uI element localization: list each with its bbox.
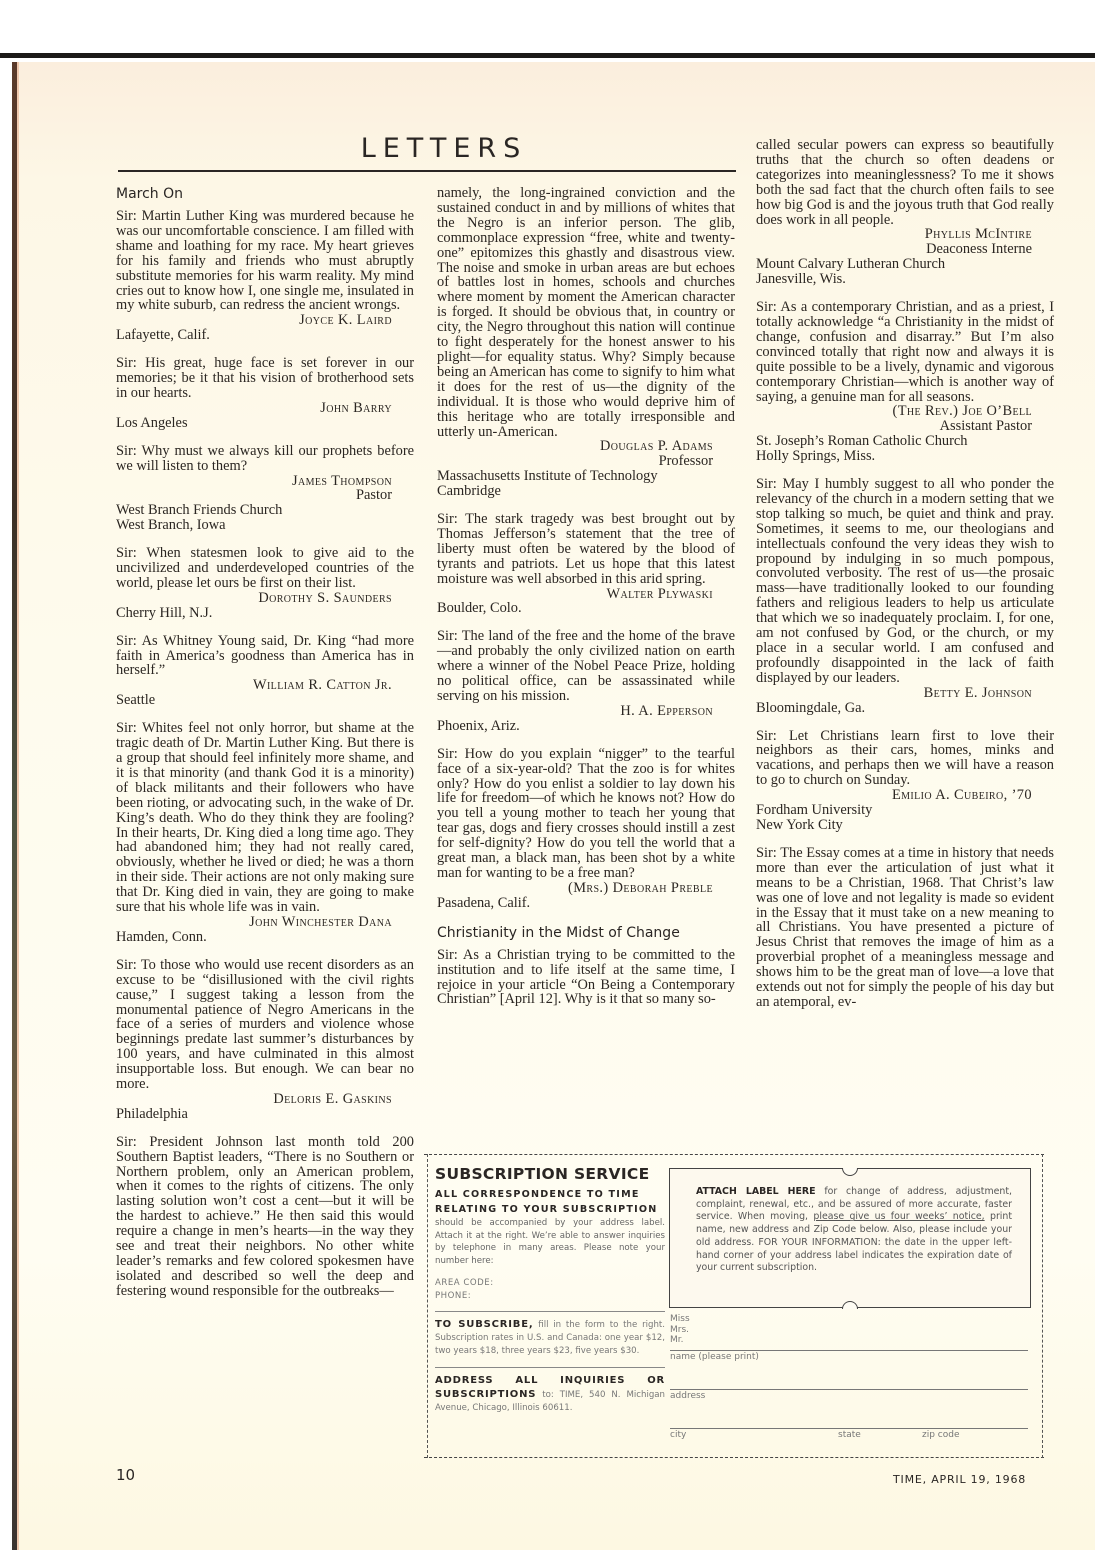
letter-signature: Emilio A. Cubeiro, ’70 — [756, 788, 1054, 803]
cut-line — [424, 1154, 1044, 1155]
section-masthead: LETTERS — [118, 134, 736, 172]
letter-place: Boulder, Colo. — [437, 601, 735, 616]
area-code-field[interactable]: AREA CODE: — [435, 1277, 665, 1290]
letter-signature: Deloris E. Gaskins — [116, 1092, 414, 1107]
address-form: Miss Mrs. Mr. name (please print) addres… — [670, 1314, 1028, 1441]
honorific-miss[interactable]: Miss — [670, 1314, 1028, 1325]
letter-body: Sir: His great, huge face is set forever… — [116, 356, 414, 401]
honorific-mr[interactable]: Mr. — [670, 1335, 1028, 1346]
column-2: namely, the long-ingrained conviction an… — [437, 186, 735, 1020]
letter-place: Phoenix, Ariz. — [437, 719, 735, 734]
letter-signature: Walter Plywaski — [437, 587, 735, 602]
letter: Sir: Martin Luther King was murdered bec… — [116, 209, 414, 343]
letter-body: Sir: As a contemporary Christian, and as… — [756, 300, 1054, 404]
cut-line — [424, 1457, 1044, 1458]
letter-affiliation: West Branch Friends Church — [116, 503, 414, 518]
letter-signature: John Barry — [116, 401, 414, 416]
correspondence-body: should be accompanied by your address la… — [435, 1217, 665, 1267]
letter: Sir: Whites feel not only horror, but sh… — [116, 721, 414, 945]
letter: Sir: As a contemporary Christian, and as… — [756, 300, 1054, 464]
letter: Sir: As a Christian trying to be committ… — [437, 948, 735, 1008]
subscribe-heading: TO SUBSCRIBE, — [435, 1319, 533, 1330]
masthead-rule — [118, 170, 736, 172]
correspondence-heading: ALL CORRESPONDENCE TO TIME RELATING TO Y… — [435, 1187, 665, 1217]
letter-signature: Douglas P. Adams — [437, 439, 735, 454]
letter-place: Janesville, Wis. — [756, 272, 1054, 287]
letter-affiliation: St. Joseph’s Roman Catholic Church — [756, 434, 1054, 449]
letter: Sir: As Whitney Young said, Dr. King “ha… — [116, 634, 414, 709]
city-state-zip-labels: city state zip code — [670, 1429, 1028, 1441]
letter-body: Sir: May I humbly suggest to all who pon… — [756, 477, 1054, 686]
letter-body: Sir: Martin Luther King was murdered bec… — [116, 209, 414, 313]
section-heading-christianity: Christianity in the Midst of Change — [437, 924, 735, 942]
letter-place: Cherry Hill, N.J. — [116, 606, 414, 621]
letter: Sir: Let Christians learn first to love … — [756, 729, 1054, 833]
letter-signature: Betty E. Johnson — [756, 686, 1054, 701]
letter-place: Bloomingdale, Ga. — [756, 701, 1054, 716]
letter-title: Deaconess Interne — [756, 242, 1054, 257]
letter-continuation: called secular powers can express so bea… — [756, 138, 1054, 287]
label-notch — [842, 1168, 858, 1176]
attach-label-text: ATTACH LABEL HERE for change of address,… — [696, 1186, 1012, 1275]
zip-label: zip code — [922, 1429, 960, 1441]
letter-signature: H. A. Epperson — [437, 704, 735, 719]
top-edge-rule — [0, 53, 1095, 58]
letter-title: Pastor — [116, 488, 414, 503]
letter-body: Sir: The land of the free and the home o… — [437, 629, 735, 704]
letter: Sir: The Essay comes at a time in histor… — [756, 846, 1054, 1010]
letter-body: Sir: When statesmen look to give aid to … — [116, 546, 414, 591]
attach-label-notice: please give us four weeks’ notice, — [813, 1211, 984, 1222]
letter: Sir: President Johnson last month told 2… — [116, 1135, 414, 1299]
divider — [435, 1367, 665, 1368]
phone-field[interactable]: PHONE: — [435, 1290, 665, 1303]
city-label: city — [670, 1429, 838, 1441]
letter-body: Sir: Let Christians learn first to love … — [756, 729, 1054, 789]
attach-label-box: ATTACH LABEL HERE for change of address,… — [669, 1168, 1031, 1308]
letter-place: Seattle — [116, 693, 414, 708]
letter-body: Sir: The stark tragedy was best brought … — [437, 512, 735, 587]
letter: Sir: Why must we always kill our prophet… — [116, 444, 414, 533]
letter: Sir: The land of the free and the home o… — [437, 629, 735, 733]
letter-body: namely, the long-ingrained conviction an… — [437, 186, 735, 439]
letter: Sir: The stark tragedy was best brought … — [437, 512, 735, 616]
letter-place: Hamden, Conn. — [116, 930, 414, 945]
state-label: state — [838, 1429, 922, 1441]
letter-body: called secular powers can express so bea… — [756, 138, 1054, 227]
letter-affiliation: Fordham University — [756, 803, 1054, 818]
page-edge — [17, 62, 19, 1550]
issue-date: TIME, APRIL 19, 1968 — [893, 1473, 1026, 1486]
letter-body: Sir: Whites feel not only horror, but sh… — [116, 721, 414, 915]
column-1: March On Sir: Martin Luther King was mur… — [116, 185, 414, 1312]
letter-signature: John Winchester Dana — [116, 915, 414, 930]
letter-body: Sir: How do you explain “nigger” to the … — [437, 747, 735, 881]
letter: Sir: May I humbly suggest to all who pon… — [756, 477, 1054, 716]
letter-place: Philadelphia — [116, 1107, 414, 1122]
letter-body: Sir: President Johnson last month told 2… — [116, 1135, 414, 1299]
letter-signature: Dorothy S. Saunders — [116, 591, 414, 606]
letter-continuation: namely, the long-ingrained conviction an… — [437, 186, 735, 499]
letter-place: New York City — [756, 818, 1054, 833]
letter-signature: Joyce K. Laird — [116, 313, 414, 328]
letter-place: Cambridge — [437, 484, 735, 499]
letter-place: West Branch, Iowa — [116, 518, 414, 533]
letter-place: Lafayette, Calif. — [116, 328, 414, 343]
letter: Sir: How do you explain “nigger” to the … — [437, 747, 735, 911]
page-number: 10 — [116, 1466, 135, 1484]
letter-place: Holly Springs, Miss. — [756, 449, 1054, 464]
letter-affiliation: Massachusetts Institute of Technology — [437, 469, 735, 484]
letter: Sir: When statesmen look to give aid to … — [116, 546, 414, 621]
subscribe-info: TO SUBSCRIBE, fill in the form to the ri… — [435, 1318, 665, 1358]
label-notch — [842, 1301, 858, 1309]
column-3: called secular powers can express so bea… — [756, 138, 1054, 1023]
letter-body: Sir: As Whitney Young said, Dr. King “ha… — [116, 634, 414, 679]
letter-signature: (Mrs.) Deborah Preble — [437, 881, 735, 896]
honorific-mrs[interactable]: Mrs. — [670, 1325, 1028, 1336]
letter-signature: William R. Catton Jr. — [116, 678, 414, 693]
name-label: name (please print) — [670, 1351, 1028, 1363]
letter-title: Assistant Pastor — [756, 419, 1054, 434]
subscription-info: SUBSCRIPTION SERVICE ALL CORRESPONDENCE … — [435, 1164, 665, 1415]
cut-line — [427, 1154, 428, 1458]
letter-place: Los Angeles — [116, 416, 414, 431]
attach-label-heading: ATTACH LABEL HERE — [696, 1186, 816, 1197]
address-label: address — [670, 1390, 1028, 1402]
letter-signature: Phyllis McIntire — [756, 227, 1054, 242]
letter-signature: (The Rev.) Joe O’Bell — [756, 404, 1054, 419]
subscription-coupon: SUBSCRIPTION SERVICE ALL CORRESPONDENCE … — [424, 1154, 1044, 1458]
address-info: ADDRESS ALL INQUIRIES OR SUBSCRIPTIONS t… — [435, 1374, 665, 1415]
letter-body: Sir: The Essay comes at a time in histor… — [756, 846, 1054, 1010]
letter-body: Sir: To those who would use recent disor… — [116, 958, 414, 1092]
letter-body: Sir: As a Christian trying to be committ… — [437, 948, 735, 1008]
letter-place: Pasadena, Calif. — [437, 896, 735, 911]
letter-signature: James Thompson — [116, 474, 414, 489]
letter: Sir: To those who would use recent disor… — [116, 958, 414, 1122]
letter: Sir: His great, huge face is set forever… — [116, 356, 414, 431]
letter-body: Sir: Why must we always kill our prophet… — [116, 444, 414, 474]
section-heading-march-on: March On — [116, 185, 414, 203]
letter-affiliation: Mount Calvary Lutheran Church — [756, 257, 1054, 272]
divider — [435, 1311, 665, 1312]
letter-title: Professor — [437, 454, 735, 469]
subscription-title: SUBSCRIPTION SERVICE — [435, 1164, 665, 1184]
cut-line — [1042, 1154, 1043, 1458]
page-title: LETTERS — [118, 134, 736, 164]
